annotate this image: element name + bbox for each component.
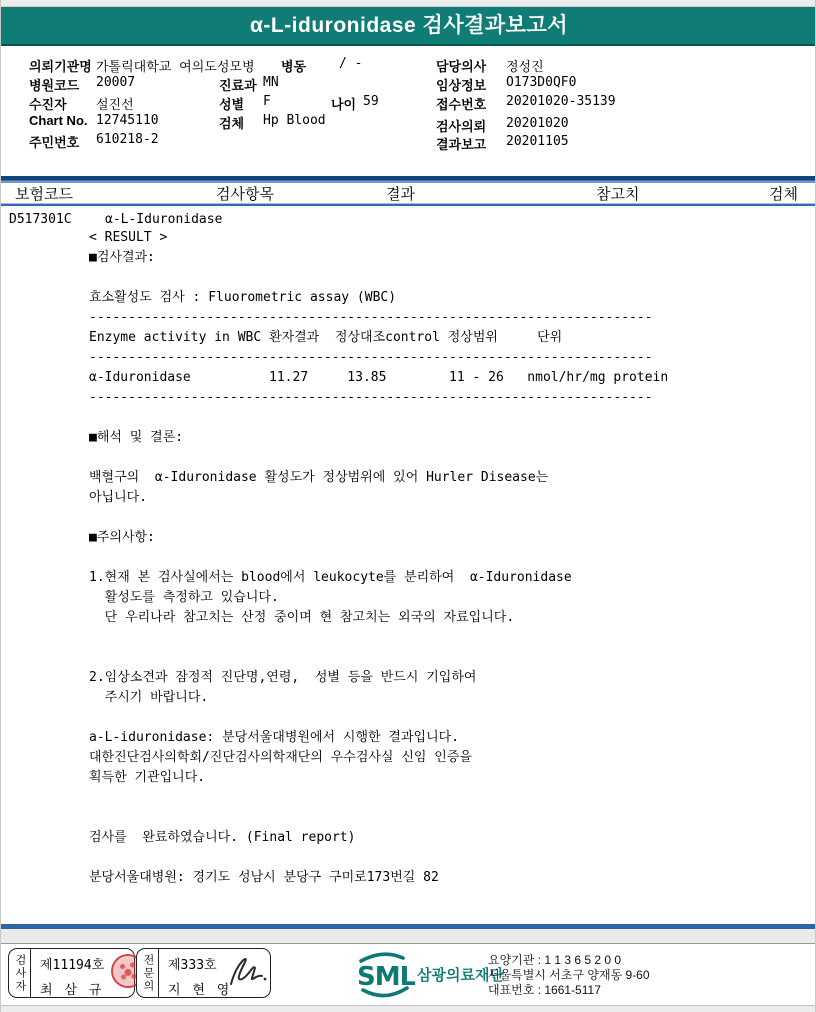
specialist-role-label: 전문의 bbox=[137, 949, 159, 997]
test-insurance-code: D517301C bbox=[9, 212, 72, 227]
col-header-test-name: 검사항목 bbox=[216, 183, 274, 204]
examiner-role-label: 검사자 bbox=[9, 949, 31, 997]
table-header-bottom-rule bbox=[1, 203, 816, 206]
field-value-doctor: 정성진 bbox=[506, 56, 544, 75]
field-label-ward: 병동 bbox=[281, 56, 306, 75]
report-title: α-L-iduronidase 검사결과보고서 bbox=[1, 7, 816, 44]
field-label-report-date: 결과보고 bbox=[436, 134, 486, 153]
field-label-clinical-info: 임상정보 bbox=[436, 75, 486, 94]
examiner-content: 제11194호 최 삼 규 bbox=[31, 949, 134, 997]
field-value-report-date: 20201105 bbox=[506, 134, 569, 149]
field-label-patient: 수진자 bbox=[29, 94, 67, 113]
report-body-text: < RESULT > ■검사결과: 효소활성도 검사 : Fluorometri… bbox=[89, 228, 668, 888]
col-header-reference: 참고치 bbox=[596, 183, 639, 204]
field-value-patient: 설진선 bbox=[96, 94, 134, 113]
field-label-sex: 성별 bbox=[219, 94, 244, 113]
sml-logo-icon: SML bbox=[353, 950, 415, 998]
footer-phone: 대표번호 : 1661-5117 bbox=[488, 983, 601, 998]
specialist-signature-icon bbox=[225, 952, 271, 994]
report-title-bar: α-L-iduronidase 검사결과보고서 bbox=[1, 7, 816, 46]
col-header-specimen: 검체 bbox=[769, 183, 798, 204]
field-label-specimen: 검체 bbox=[219, 113, 244, 132]
field-value-resident-no: 610218-2 bbox=[96, 132, 159, 147]
field-value-hospital-code: 20007 bbox=[96, 75, 135, 90]
page-top-edge bbox=[1, 0, 816, 7]
field-label-hospital-code: 병원코드 bbox=[29, 75, 79, 94]
field-label-chart-no: Chart No. bbox=[29, 113, 88, 128]
field-value-ward: / - bbox=[339, 56, 362, 71]
examiner-sign-box: 검사자 제11194호 최 삼 규 bbox=[8, 948, 135, 998]
field-value-specimen: Hp Blood bbox=[263, 113, 326, 128]
field-label-doctor: 담당의사 bbox=[436, 56, 486, 75]
page-bottom-edge bbox=[1, 1005, 816, 1012]
specialist-sign-box: 전문의 제333호 지 현 영 bbox=[136, 948, 271, 998]
field-value-age: 59 bbox=[363, 94, 379, 109]
field-label-department: 진료과 bbox=[219, 75, 257, 94]
field-label-accession-no: 접수번호 bbox=[436, 94, 486, 113]
field-value-department: MN bbox=[263, 75, 279, 90]
col-header-result: 결과 bbox=[386, 183, 415, 204]
field-value-order-date: 20201020 bbox=[506, 116, 569, 131]
lab-report-page: α-L-iduronidase 검사결과보고서 의뢰기관명 가톨릭대학교 여의도… bbox=[0, 0, 816, 1012]
field-label-institution: 의뢰기관명 bbox=[29, 56, 92, 75]
footer-address: 서울특별시 서초구 양재동 9-60 bbox=[488, 968, 650, 983]
col-header-insurance-code: 보험코드 bbox=[15, 183, 73, 204]
field-value-institution: 가톨릭대학교 여의도성모병 bbox=[96, 56, 255, 75]
field-label-order-date: 검사의뢰 bbox=[436, 116, 486, 135]
specialist-content: 제333호 지 현 영 bbox=[159, 949, 270, 997]
field-value-clinical-info: O173D0QF0 bbox=[506, 75, 576, 90]
table-header-top-rule bbox=[1, 176, 816, 183]
test-name: α-L-Iduronidase bbox=[105, 212, 222, 227]
field-value-accession-no: 20201020-35139 bbox=[506, 94, 616, 109]
field-value-chart-no: 12745110 bbox=[96, 113, 159, 128]
footer-gray-band bbox=[1, 929, 816, 944]
field-label-resident-no: 주민번호 bbox=[29, 132, 79, 151]
field-value-sex: F bbox=[263, 94, 271, 109]
field-label-age: 나이 bbox=[331, 94, 356, 113]
footer-provider-no: 요양기관 : 1 1 3 6 5 2 0 0 bbox=[488, 953, 621, 968]
